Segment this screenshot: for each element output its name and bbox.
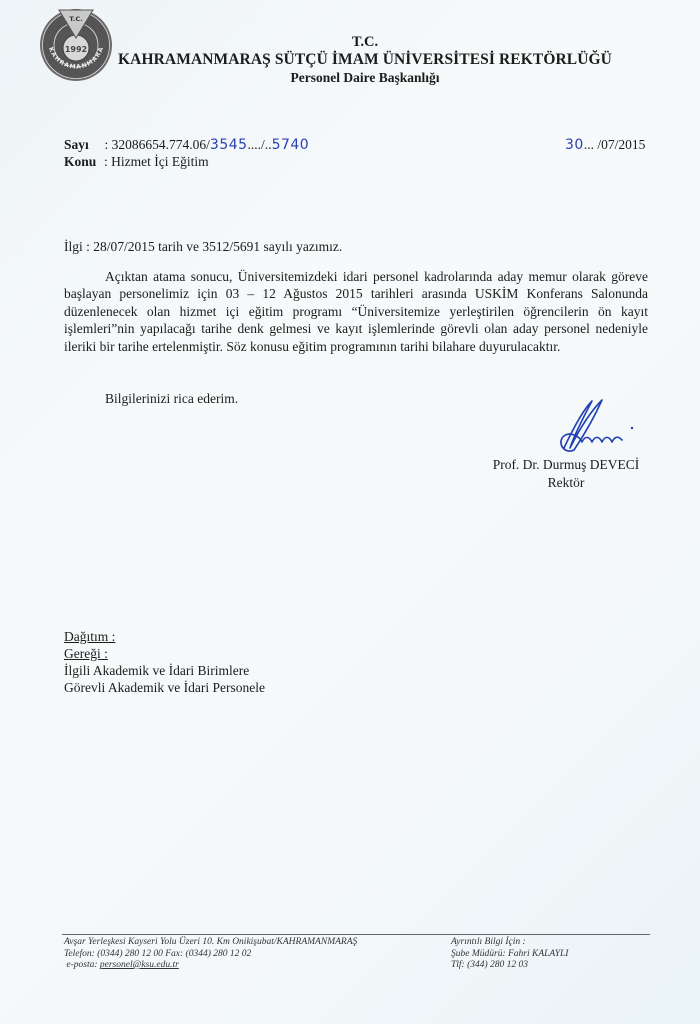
sayi-handwritten-1: 3545 [210, 137, 248, 153]
header-department: Personel Daire Başkanlığı [100, 70, 630, 86]
footer-phone: Telefon: (0344) 280 12 00 Fax: (0344) 28… [64, 949, 357, 961]
header-university: KAHRAMANMARAŞ SÜTÇÜ İMAM ÜNİVERSİTESİ RE… [100, 51, 630, 69]
sayi-label: Sayı [64, 137, 89, 152]
distribution-label: Dağıtım : [64, 628, 265, 645]
sayi-prefix: : 32086654.774.06/ [105, 137, 210, 152]
signatory-title: Rektör [476, 475, 656, 491]
konu-row: Konu : Hizmet İçi Eğitim [64, 154, 209, 170]
header-tc: T.C. [100, 34, 630, 51]
handwritten-signature [552, 396, 642, 456]
footer-address: Avşar Yerleşkesi Kayseri Yolu Üzeri 10. … [64, 937, 357, 949]
footer-divider [62, 934, 650, 935]
footer-contact-phone: Tlf: (344) 280 12 03 [451, 960, 568, 972]
seal-top-label: T.C. [69, 15, 82, 23]
recipient-item: İlgili Akademik ve İdari Birimlere [64, 662, 265, 679]
distribution-block: Dağıtım : Gereği : İlgili Akademik ve İd… [64, 628, 265, 696]
konu-value: : Hizmet İçi Eğitim [104, 154, 209, 169]
document-date: 30... /07/2015 [565, 137, 645, 153]
seal-year: 1992 [65, 45, 87, 54]
konu-label: Konu [64, 154, 96, 169]
sayi-handwritten-2: 5740 [272, 137, 310, 153]
signature-icon [552, 396, 642, 456]
footer-email-link[interactable]: personel@ksu.edu.tr [100, 960, 179, 970]
footer-right: Ayrıntılı Bilgi İçin : Şube Müdürü: Fahr… [451, 937, 568, 972]
signatory-name: Prof. Dr. Durmuş DEVECİ [476, 457, 656, 473]
body-paragraph: Açıktan atama sonucu, Üniversitemizdeki … [64, 268, 648, 355]
gereği-label: Gereği : [64, 645, 265, 662]
ilgi-reference: İlgi : 28/07/2015 tarih ve 3512/5691 say… [64, 238, 648, 255]
footer-left: Avşar Yerleşkesi Kayseri Yolu Üzeri 10. … [64, 937, 357, 972]
recipient-item: Görevli Akademik ve İdari Personele [64, 679, 265, 696]
date-handwritten-day: 30 [565, 137, 584, 153]
footer-info-label: Ayrıntılı Bilgi İçin : [451, 937, 568, 949]
date-rest: /07/2015 [597, 137, 645, 152]
footer-contact: Şube Müdürü: Fahri KALAYLI [451, 949, 568, 961]
footer-email-label: e-posta: [66, 960, 100, 970]
sayi-row: Sayı : 32086654.774.06/3545..../..5740 [64, 137, 309, 153]
